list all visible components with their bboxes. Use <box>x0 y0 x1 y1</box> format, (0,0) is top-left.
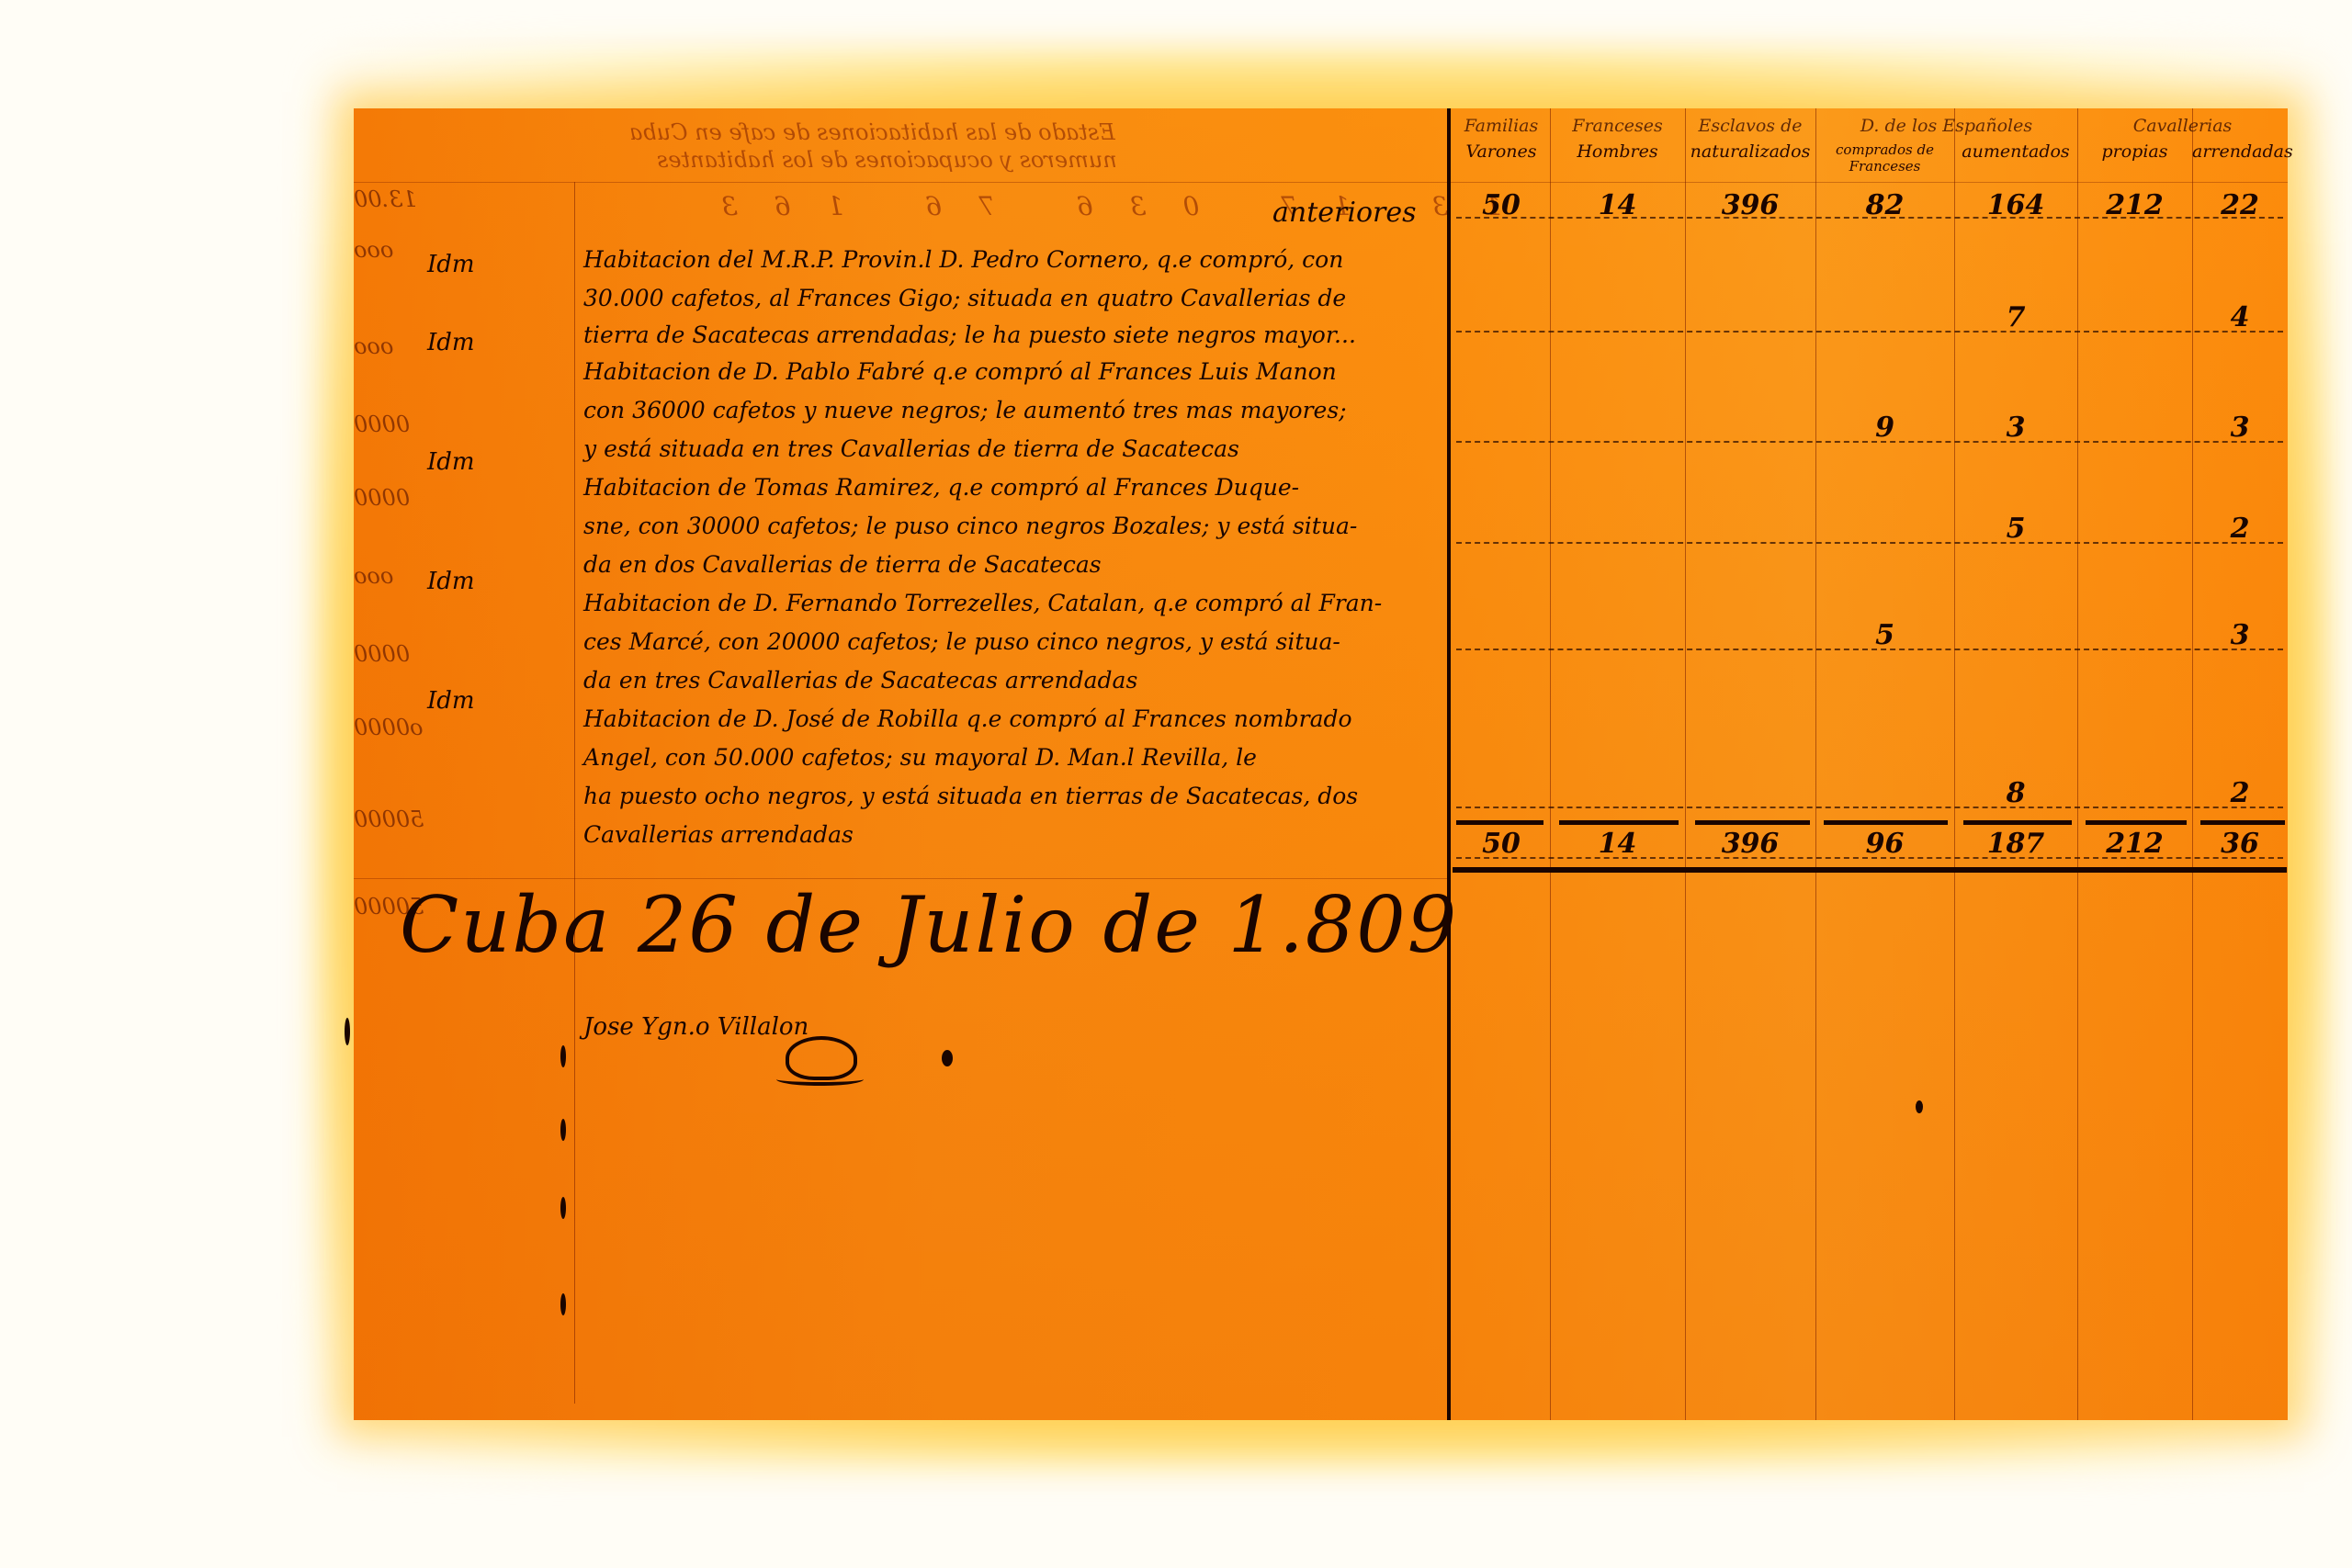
carried-value: 22 <box>2192 189 2288 221</box>
totals-underline <box>1453 867 2287 873</box>
sum-rule <box>1695 820 1810 825</box>
entry-4-line-3: da en tres Cavallerias de Sacatecas arre… <box>583 667 1137 694</box>
ink-blot <box>1916 1100 1923 1113</box>
total-propias: 212 <box>2077 828 2192 860</box>
carried-value: 82 <box>1815 189 1954 221</box>
total-hombres: 14 <box>1550 828 1685 860</box>
entry-1-line-3: tierra de Sacatecas arrendadas; le ha pu… <box>583 321 1356 348</box>
total-arrendadas: 36 <box>2192 828 2288 860</box>
sum-rule <box>1824 820 1948 825</box>
column-rule <box>1815 108 1816 1420</box>
carried-value: 212 <box>2077 189 2192 221</box>
margin-note-idem: Idm <box>427 568 475 595</box>
margin-note-idem: Idm <box>427 448 475 476</box>
entry-1-arrendadas: 4 <box>2192 301 2288 333</box>
entry-1-line-1: Habitacion del M.R.P. Provin.l D. Pedro … <box>583 246 1343 273</box>
column-rule <box>1685 108 1686 1420</box>
signature-rubric-flourish <box>776 1073 864 1086</box>
right-header-rule <box>1451 182 2288 183</box>
margin-ghost-text: 0000 <box>354 412 410 437</box>
entry-2-line-1: Habitacion de D. Pablo Fabré q.e compró … <box>583 358 1337 385</box>
total-aumentados: 187 <box>1954 828 2077 860</box>
column-rule <box>1550 108 1551 1420</box>
column-rule <box>2077 108 2078 1420</box>
left-margin-rule <box>574 182 575 1404</box>
entry-4-arrendadas: 3 <box>2192 619 2288 651</box>
column-group-header: Franceses <box>1550 116 1685 136</box>
sum-rule <box>1456 820 1543 825</box>
row-leader-dots <box>1456 331 2283 333</box>
sum-rule <box>2086 820 2187 825</box>
entry-3-arrendadas: 2 <box>2192 513 2288 545</box>
margin-note-idem: Idm <box>427 329 475 356</box>
column-group-header: Familias <box>1453 116 1550 136</box>
column-header-varones: Varones <box>1453 141 1550 162</box>
entry-3-line-1: Habitacion de Tomas Ramirez, q.e compró … <box>583 474 1299 501</box>
carried-value: 50 <box>1453 189 1550 221</box>
bleed-through-header: Estado de las habitaciones de cafe en Cu… <box>629 119 1115 145</box>
entry-5-line-3: ha puesto ocho negros, y está situada en… <box>583 783 1358 809</box>
carried-value: 396 <box>1685 189 1815 221</box>
sum-rule <box>1963 820 2072 825</box>
entry-2-line-3: y está situada en tres Cavallerias de ti… <box>583 435 1239 462</box>
total-naturalizados: 396 <box>1685 828 1815 860</box>
entry-2-comprados: 9 <box>1815 412 1954 444</box>
entry-5-line-1: Habitacion de D. José de Robilla q.e com… <box>583 705 1352 732</box>
entry-1-aumentados: 7 <box>1954 301 2077 333</box>
ink-blot <box>560 1197 566 1219</box>
column-group-header: Cavallerias <box>2077 116 2288 136</box>
entry-5-line-4: Cavallerias arrendadas <box>583 821 854 848</box>
entry-1-line-2: 30.000 cafetos, al Frances Gigo; situada… <box>583 285 1346 311</box>
ledger-page: Estado de las habitaciones de cafe en Cu… <box>354 108 2288 1420</box>
column-header-propias: propias <box>2077 141 2192 162</box>
margin-ghost-text: ooo <box>354 563 393 589</box>
total-varones: 50 <box>1453 828 1550 860</box>
entry-4-line-2: ces Marcé, con 20000 cafetos; le puso ci… <box>583 628 1340 655</box>
total-comprados: 96 <box>1815 828 1954 860</box>
margin-ghost-text: 50000 <box>354 807 424 832</box>
margin-note-idem: Idm <box>427 251 475 278</box>
margin-ghost-text: 0000 <box>354 641 410 667</box>
bleed-through-header-2: numeros y ocupaciones de los habitantes <box>657 147 1117 173</box>
ink-blot <box>560 1119 566 1141</box>
entry-3-line-2: sne, con 30000 cafetos; le puso cinco ne… <box>583 513 1357 539</box>
column-header-arrendadas: arrendadas <box>2192 141 2288 162</box>
entry-3-aumentados: 5 <box>1954 513 2077 545</box>
column-header-naturalizados: naturalizados <box>1685 141 1815 162</box>
column-group-header: Esclavos de <box>1685 116 1815 136</box>
ink-blot <box>345 1018 350 1045</box>
entry-5-line-2: Angel, con 50.000 cafetos; su mayoral D.… <box>583 744 1257 771</box>
page-divider <box>1447 108 1451 1420</box>
header-rule <box>354 182 1447 183</box>
row-leader-dots <box>1456 542 2283 544</box>
entry-4-line-1: Habitacion de D. Fernando Torrezelles, C… <box>583 590 1382 616</box>
carried-value: 14 <box>1550 189 1685 221</box>
carried-forward-label: anteriores <box>1272 197 1417 229</box>
entry-2-aumentados: 3 <box>1954 412 2077 444</box>
ink-blot <box>942 1050 953 1066</box>
entry-2-line-2: con 36000 cafetos y nueve negros; le aum… <box>583 397 1347 423</box>
column-header-comprados: comprados de Franceses <box>1815 141 1954 175</box>
ink-blot <box>560 1045 566 1067</box>
closing-place-date: Cuba 26 de Julio de 1.809 <box>400 880 1458 970</box>
margin-ghost-text: ooo <box>354 333 393 359</box>
entry-2-arrendadas: 3 <box>2192 412 2288 444</box>
column-group-header: D. de los Españoles <box>1815 116 2077 136</box>
margin-ghost-text: 0000 <box>354 485 410 511</box>
entry-3-line-3: da en dos Cavallerias de tierra de Sacat… <box>583 551 1102 578</box>
row-leader-dots <box>1456 807 2283 808</box>
column-header-aumentados: aumentados <box>1954 141 2077 162</box>
column-header-hombres: Hombres <box>1550 141 1685 162</box>
margin-ghost-text: ooo <box>354 237 393 263</box>
margin-ghost-text: o0000 <box>354 715 424 740</box>
margin-ghost-text: 13.00 <box>354 186 417 212</box>
ink-blot <box>560 1293 566 1315</box>
entry-4-comprados: 5 <box>1815 619 1954 651</box>
sum-rule <box>2200 820 2285 825</box>
entries-bottom-rule <box>354 878 1447 879</box>
carried-value: 164 <box>1954 189 2077 221</box>
sum-rule <box>1559 820 1679 825</box>
entry-5-arrendadas: 2 <box>2192 777 2288 809</box>
signature: Jose Ygn.o Villalon <box>583 1013 808 1041</box>
margin-note-idem: Idm <box>427 687 475 715</box>
entry-5-aumentados: 8 <box>1954 777 2077 809</box>
